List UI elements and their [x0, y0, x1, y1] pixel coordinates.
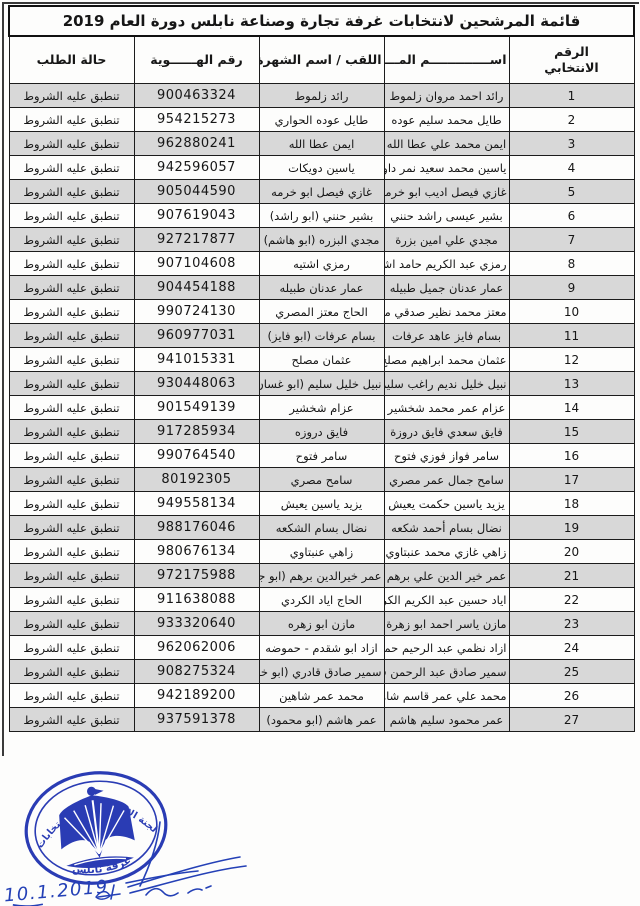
table-row: 27 عمر محمود سليم هاشم عمر هاشم (ابو محم… [9, 708, 634, 732]
table-row: 17 سامح جمال عمر مصري سامح مصري 80192305… [9, 468, 634, 492]
cell-electoral-number: 17 [509, 468, 634, 492]
cell-candidate-name: زاهي غازي محمد عنبتاوي [384, 540, 509, 564]
header-electoral-number-line1: الرقم [512, 44, 632, 60]
title-row: قائمة المرشحين لانتخابات غرفة تجارة وصنا… [9, 6, 634, 36]
header-row: الرقم الانتخابي اســــــــــــــم المـــ… [9, 36, 634, 84]
cell-nickname: عزام شخشير [259, 396, 384, 420]
cell-status: تنطبق عليه الشروط [9, 660, 134, 684]
cell-id-number: 988176046 [134, 516, 259, 540]
cell-candidate-name: غازي فيصل اديب ابو خرمه [384, 180, 509, 204]
cell-electoral-number: 22 [509, 588, 634, 612]
table-row: 15 فايق سعدي فايق دروزة فايق دروزه 91728… [9, 420, 634, 444]
cell-id-number: 960977031 [134, 324, 259, 348]
cell-nickname: عمر هاشم (ابو محمود) [259, 708, 384, 732]
header-status: حالة الطلب [9, 36, 134, 84]
cell-electoral-number: 6 [509, 204, 634, 228]
cell-nickname: نبيل خليل سليم (ابو غسان) [259, 372, 384, 396]
cell-electoral-number: 12 [509, 348, 634, 372]
cell-nickname: يزيد ياسين يعيش [259, 492, 384, 516]
cell-id-number: 942596057 [134, 156, 259, 180]
cell-nickname: ياسين دويكات [259, 156, 384, 180]
stamp-and-signature-area: لجنة الإشراف على الانتخابات غرفة نابلس [0, 766, 300, 906]
cell-id-number: 908275324 [134, 660, 259, 684]
cell-status: تنطبق عليه الشروط [9, 84, 134, 108]
cell-status: تنطبق عليه الشروط [9, 420, 134, 444]
cell-candidate-name: محمد علي عمر قاسم شاهين [384, 684, 509, 708]
cell-nickname: عمار عدنان طبيله [259, 276, 384, 300]
cell-electoral-number: 3 [509, 132, 634, 156]
cell-electoral-number: 19 [509, 516, 634, 540]
cell-nickname: مجدي البزره (ابو هاشم) [259, 228, 384, 252]
cell-candidate-name: مازن ياسر احمد ابو زهرة [384, 612, 509, 636]
cell-status: تنطبق عليه الشروط [9, 348, 134, 372]
cell-nickname: غازي فيصل ابو خرمه [259, 180, 384, 204]
cell-electoral-number: 25 [509, 660, 634, 684]
cell-status: تنطبق عليه الشروط [9, 180, 134, 204]
cell-nickname: رمزي اشتيه [259, 252, 384, 276]
cell-nickname: نضال بسام الشكعه [259, 516, 384, 540]
candidates-table: قائمة المرشحين لانتخابات غرفة تجارة وصنا… [8, 5, 635, 732]
cell-id-number: 937591378 [134, 708, 259, 732]
table-row: 12 عثمان محمد ابراهيم مصلح عثمان مصلح 94… [9, 348, 634, 372]
cell-electoral-number: 18 [509, 492, 634, 516]
table-row: 4 ياسين محمد سعيد نمر داوود ياسين دويكات… [9, 156, 634, 180]
cell-status: تنطبق عليه الشروط [9, 564, 134, 588]
cell-status: تنطبق عليه الشروط [9, 396, 134, 420]
cell-electoral-number: 9 [509, 276, 634, 300]
cell-id-number: 949558134 [134, 492, 259, 516]
cell-nickname: الحاج معتز المصري [259, 300, 384, 324]
cell-electoral-number: 16 [509, 444, 634, 468]
cell-id-number: 972175988 [134, 564, 259, 588]
cell-id-number: 930448063 [134, 372, 259, 396]
cell-electoral-number: 5 [509, 180, 634, 204]
cell-status: تنطبق عليه الشروط [9, 300, 134, 324]
cell-nickname: سامر فتوح [259, 444, 384, 468]
official-stamp: لجنة الإشراف على الانتخابات غرفة نابلس [0, 766, 300, 906]
cell-id-number: 941015331 [134, 348, 259, 372]
cell-status: تنطبق عليه الشروط [9, 156, 134, 180]
cell-id-number: 900463324 [134, 84, 259, 108]
cell-status: تنطبق عليه الشروط [9, 516, 134, 540]
table-row: 19 نضال بسام أحمد شكعه نضال بسام الشكعه … [9, 516, 634, 540]
cell-electoral-number: 7 [509, 228, 634, 252]
cell-id-number: 907104608 [134, 252, 259, 276]
cell-nickname: سامح مصري [259, 468, 384, 492]
cell-candidate-name: طايل محمد سليم عوده [384, 108, 509, 132]
cell-electoral-number: 2 [509, 108, 634, 132]
cell-status: تنطبق عليه الشروط [9, 492, 134, 516]
cell-nickname: ازاد ابو شقدم - حموضه [259, 636, 384, 660]
cell-candidate-name: اياد حسين عبد الكريم الكردي [384, 588, 509, 612]
table-row: 20 زاهي غازي محمد عنبتاوي زاهي عنبتاوي 9… [9, 540, 634, 564]
cell-status: تنطبق عليه الشروط [9, 372, 134, 396]
cell-candidate-name: عزام عمر محمد شخشير [384, 396, 509, 420]
cell-status: تنطبق عليه الشروط [9, 540, 134, 564]
cell-nickname: رائد زلموط [259, 84, 384, 108]
cell-id-number: 980676134 [134, 540, 259, 564]
cell-electoral-number: 4 [509, 156, 634, 180]
cell-candidate-name: ياسين محمد سعيد نمر داوود [384, 156, 509, 180]
table-body: 1 رائد احمد مروان زلموط رائد زلموط 90046… [9, 84, 634, 732]
cell-status: تنطبق عليه الشروط [9, 636, 134, 660]
header-electoral-number-line2: الانتخابي [512, 60, 632, 76]
cell-electoral-number: 10 [509, 300, 634, 324]
table-row: 3 ايمن محمد علي عطا الله ايمن عطا الله 9… [9, 132, 634, 156]
cell-nickname: بشير حنني (ابو راشد) [259, 204, 384, 228]
table-row: 7 مجدي علي امين بزرة مجدي البزره (ابو ها… [9, 228, 634, 252]
cell-status: تنطبق عليه الشروط [9, 444, 134, 468]
cell-candidate-name: ايمن محمد علي عطا الله [384, 132, 509, 156]
cell-id-number: 962062006 [134, 636, 259, 660]
cell-electoral-number: 21 [509, 564, 634, 588]
cell-id-number: 942189200 [134, 684, 259, 708]
cell-id-number: 954215273 [134, 108, 259, 132]
table-row: 11 بسام فايز عاهد عرفات بسام عرفات (ابو … [9, 324, 634, 348]
cell-electoral-number: 24 [509, 636, 634, 660]
cell-nickname: عمر خيرالدين برهم (ابو جهاد) [259, 564, 384, 588]
cell-electoral-number: 20 [509, 540, 634, 564]
cell-candidate-name: رمزي عبد الكريم حامد اشتية [384, 252, 509, 276]
table-row: 1 رائد احمد مروان زلموط رائد زلموط 90046… [9, 84, 634, 108]
header-candidate-name: اســــــــــــــم المــــرشح [384, 36, 509, 84]
cell-candidate-name: رائد احمد مروان زلموط [384, 84, 509, 108]
cell-electoral-number: 27 [509, 708, 634, 732]
cell-candidate-name: نضال بسام أحمد شكعه [384, 516, 509, 540]
cell-nickname: عثمان مصلح [259, 348, 384, 372]
cell-status: تنطبق عليه الشروط [9, 108, 134, 132]
cell-electoral-number: 14 [509, 396, 634, 420]
cell-status: تنطبق عليه الشروط [9, 612, 134, 636]
cell-status: تنطبق عليه الشروط [9, 228, 134, 252]
cell-id-number: 904454188 [134, 276, 259, 300]
cell-candidate-name: معتز محمد نظير صدقي مصري [384, 300, 509, 324]
table-row: 23 مازن ياسر احمد ابو زهرة مازن ابو زهره… [9, 612, 634, 636]
cell-id-number: 917285934 [134, 420, 259, 444]
cell-candidate-name: فايق سعدي فايق دروزة [384, 420, 509, 444]
table-row: 25 سمير صادق عبد الرحمن قادري سمير صادق … [9, 660, 634, 684]
handwritten-date: 10.1.2019 [3, 876, 110, 906]
table-row: 16 سامر فواز فوزي فتوح سامر فتوح 9907645… [9, 444, 634, 468]
cell-nickname: محمد عمر شاهين [259, 684, 384, 708]
header-electoral-number: الرقم الانتخابي [509, 36, 634, 84]
cell-nickname: بسام عرفات (ابو فايز) [259, 324, 384, 348]
cell-candidate-name: نبيل خليل نديم راغب سليم [384, 372, 509, 396]
cell-candidate-name: بسام فايز عاهد عرفات [384, 324, 509, 348]
table-row: 9 عمار عدنان جميل طبيله عمار عدنان طبيله… [9, 276, 634, 300]
cell-candidate-name: عمر خير الدين علي برهم [384, 564, 509, 588]
cell-id-number: 990764540 [134, 444, 259, 468]
header-nickname: اللقب / اسم الشهرة [259, 36, 384, 84]
cell-candidate-name: سمير صادق عبد الرحمن قادري [384, 660, 509, 684]
cell-nickname: الحاج اياد الكردي [259, 588, 384, 612]
header-id-number: رقم الهــــــوية [134, 36, 259, 84]
table-row: 22 اياد حسين عبد الكريم الكردي الحاج ايا… [9, 588, 634, 612]
table-row: 26 محمد علي عمر قاسم شاهين محمد عمر شاهي… [9, 684, 634, 708]
cell-id-number: 990724130 [134, 300, 259, 324]
cell-electoral-number: 26 [509, 684, 634, 708]
cell-status: تنطبق عليه الشروط [9, 708, 134, 732]
cell-electoral-number: 8 [509, 252, 634, 276]
cell-id-number: 907619043 [134, 204, 259, 228]
cell-electoral-number: 11 [509, 324, 634, 348]
page-title: قائمة المرشحين لانتخابات غرفة تجارة وصنا… [9, 6, 634, 36]
table-row: 13 نبيل خليل نديم راغب سليم نبيل خليل سل… [9, 372, 634, 396]
cell-candidate-name: عمر محمود سليم هاشم [384, 708, 509, 732]
cell-id-number: 933320640 [134, 612, 259, 636]
cell-candidate-name: مجدي علي امين بزرة [384, 228, 509, 252]
cell-nickname: فايق دروزه [259, 420, 384, 444]
cell-nickname: ايمن عطا الله [259, 132, 384, 156]
table-row: 8 رمزي عبد الكريم حامد اشتية رمزي اشتيه … [9, 252, 634, 276]
cell-candidate-name: يزيد ياسين حكمت يعيش [384, 492, 509, 516]
cell-status: تنطبق عليه الشروط [9, 132, 134, 156]
cell-nickname: طايل عوده الحواري [259, 108, 384, 132]
cell-status: تنطبق عليه الشروط [9, 684, 134, 708]
cell-nickname: زاهي عنبتاوي [259, 540, 384, 564]
eagle-icon [54, 782, 137, 871]
table-row: 21 عمر خير الدين علي برهم عمر خيرالدين ب… [9, 564, 634, 588]
cell-candidate-name: عثمان محمد ابراهيم مصلح [384, 348, 509, 372]
cell-electoral-number: 13 [509, 372, 634, 396]
cell-id-number: 80192305 [134, 468, 259, 492]
table-row: 24 ازاد نظمي عبد الرحيم حموضه ازاد ابو ش… [9, 636, 634, 660]
cell-nickname: سمير صادق قادري (ابو خالد) [259, 660, 384, 684]
cell-id-number: 927217877 [134, 228, 259, 252]
cell-status: تنطبق عليه الشروط [9, 204, 134, 228]
table-row: 14 عزام عمر محمد شخشير عزام شخشير 901549… [9, 396, 634, 420]
cell-status: تنطبق عليه الشروط [9, 276, 134, 300]
cell-candidate-name: بشير عيسى راشد حنني [384, 204, 509, 228]
cell-candidate-name: عمار عدنان جميل طبيله [384, 276, 509, 300]
cell-candidate-name: سامر فواز فوزي فتوح [384, 444, 509, 468]
cell-status: تنطبق عليه الشروط [9, 588, 134, 612]
cell-candidate-name: ازاد نظمي عبد الرحيم حموضه [384, 636, 509, 660]
cell-electoral-number: 15 [509, 420, 634, 444]
cell-status: تنطبق عليه الشروط [9, 324, 134, 348]
cell-id-number: 905044590 [134, 180, 259, 204]
cell-id-number: 962880241 [134, 132, 259, 156]
table-row: 5 غازي فيصل اديب ابو خرمه غازي فيصل ابو … [9, 180, 634, 204]
table-row: 18 يزيد ياسين حكمت يعيش يزيد ياسين يعيش … [9, 492, 634, 516]
cell-status: تنطبق عليه الشروط [9, 468, 134, 492]
cell-electoral-number: 23 [509, 612, 634, 636]
cell-electoral-number: 1 [509, 84, 634, 108]
date-text: 10.1.2019 [3, 876, 110, 906]
cell-id-number: 901549139 [134, 396, 259, 420]
table-row: 6 بشير عيسى راشد حنني بشير حنني (ابو راش… [9, 204, 634, 228]
cell-nickname: مازن ابو زهره [259, 612, 384, 636]
cell-candidate-name: سامح جمال عمر مصري [384, 468, 509, 492]
cell-id-number: 911638088 [134, 588, 259, 612]
table-row: 2 طايل محمد سليم عوده طايل عوده الحواري … [9, 108, 634, 132]
cell-status: تنطبق عليه الشروط [9, 252, 134, 276]
table-row: 10 معتز محمد نظير صدقي مصري الحاج معتز ا… [9, 300, 634, 324]
